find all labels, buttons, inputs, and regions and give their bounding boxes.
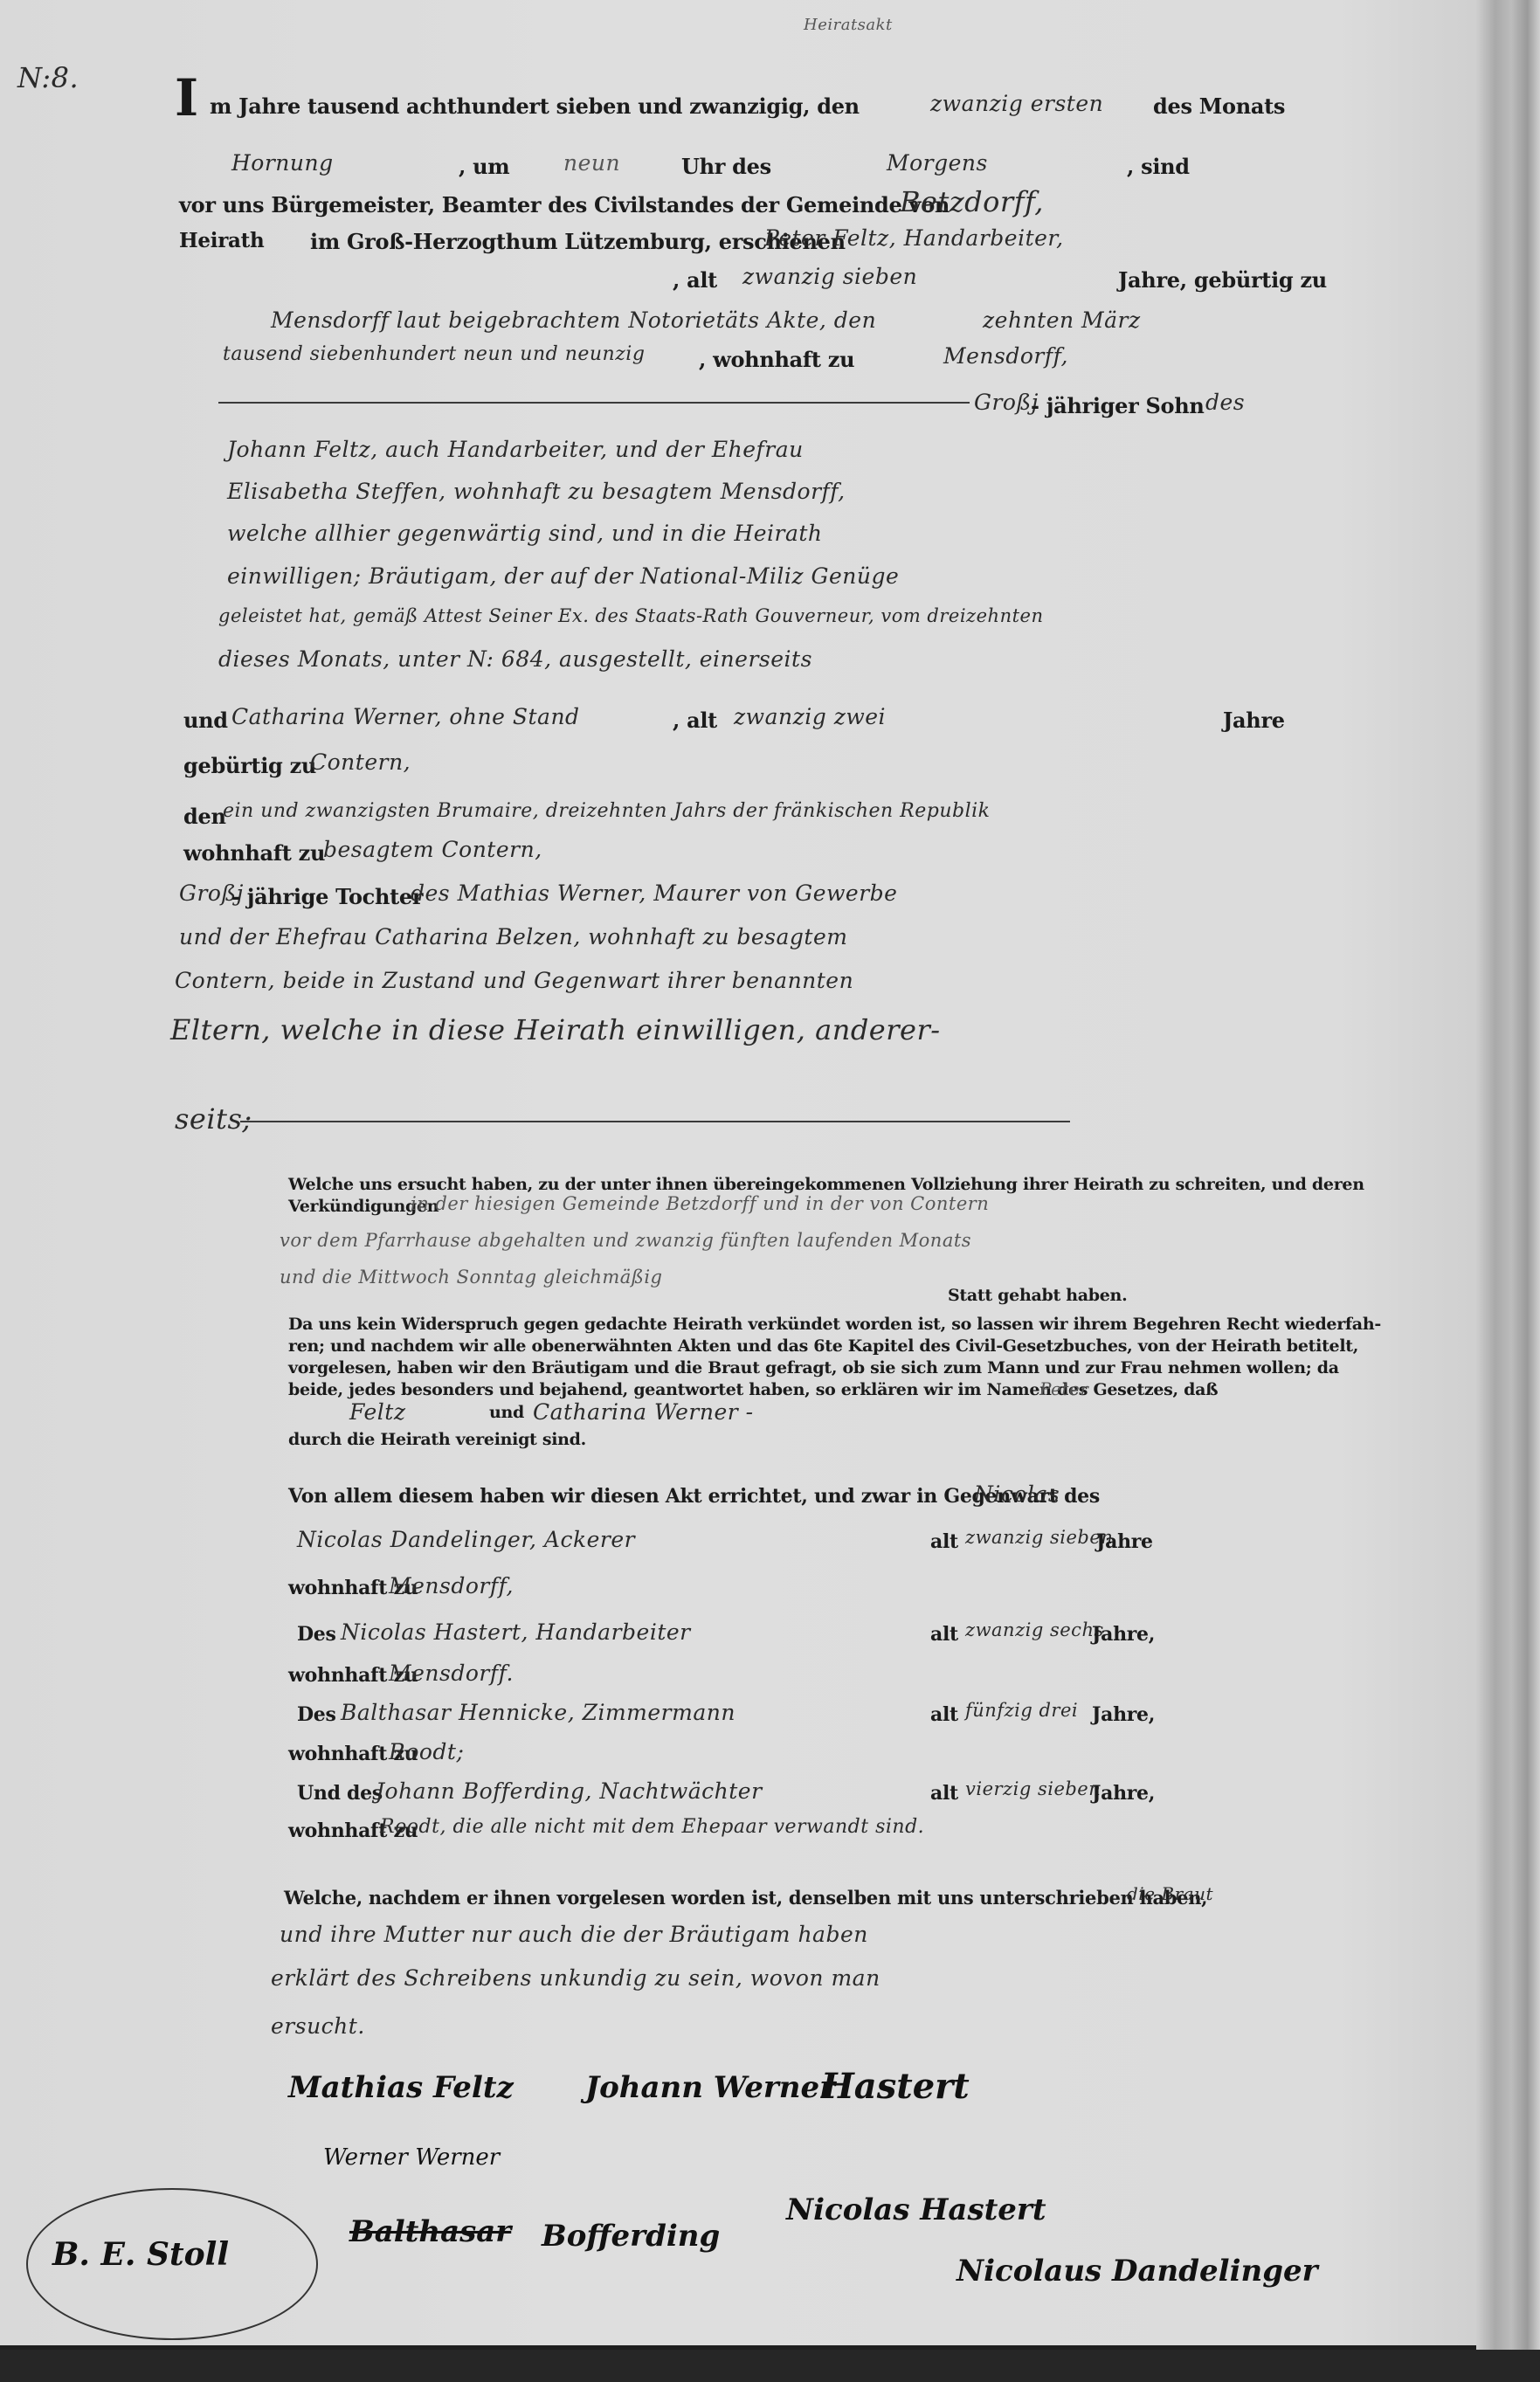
signature-6: Balthasar: [349, 2214, 511, 2249]
witness-1-residence: Mensdorff,: [389, 1573, 514, 1598]
groom-status: - jähriger Sohn: [1031, 393, 1205, 418]
proclamation-end: Statt gehabt haben.: [948, 1286, 1127, 1305]
signature-3: Hastert: [821, 2066, 970, 2107]
witness-3-age: fünfzig drei: [965, 1700, 1078, 1721]
header-commune: Betzdorff,: [900, 185, 1044, 218]
proclamation-hand-2: vor dem Pfarrhause abgehalten und zwanzi…: [280, 1230, 971, 1251]
header-line5-a: , alt: [673, 267, 717, 293]
witness-1-years: Jahre: [1096, 1530, 1153, 1553]
bride-name: Catharina Werner, ohne Stand: [231, 704, 580, 729]
groom-residence: Mensdorff,: [943, 343, 1068, 369]
header-day: zwanzig ersten: [930, 91, 1103, 116]
bride-parents-4: Eltern, welche in diese Heirath einwilli…: [170, 1013, 941, 1046]
witness-4-name: Johann Bofferding, Nachtwächter: [376, 1778, 763, 1804]
groom-status-hand: Großj: [974, 390, 1039, 415]
declaration-end: durch die Heirath vereinigt sind.: [288, 1430, 586, 1449]
groom-parents-6: dieses Monats, unter N: 684, ausgestellt…: [218, 646, 812, 672]
bride-birthdate: ein und zwanzigsten Brumaire, dreizehnte…: [223, 800, 991, 822]
witness-2-alt: alt: [930, 1623, 958, 1646]
bride-und: und: [183, 708, 228, 733]
header-line1-a: m Jahre tausend achthundert sieben und z…: [210, 93, 860, 119]
groom-parents-3: welche allhier gegenwärtig sind, und in …: [227, 521, 823, 546]
header-line3: vor uns Bürgemeister, Beamter des Civils…: [179, 192, 950, 217]
bride-status: - jährige Tochter: [231, 884, 423, 909]
witness-4-age: vierzig sieben: [965, 1778, 1101, 1799]
declaration-bride: Catharina Werner -: [533, 1399, 754, 1425]
signature-7: Bofferding: [542, 2219, 720, 2254]
groom-parents-4: einwilligen; Bräutigam, der auf der Nati…: [227, 563, 899, 589]
bride-birthdate-label: den: [183, 804, 226, 829]
witness-4-residence: Roodt, die alle nicht mit dem Ehepaar ve…: [380, 1816, 924, 1838]
witness-2-residence: Mensdorff.: [389, 1660, 514, 1686]
closing-hand-3: erklärt des Schreibens unkundig zu sein,…: [271, 1965, 880, 1991]
header-hour: neun: [563, 150, 620, 176]
bride-parents-3: Contern, beide in Zustand und Gegenwart …: [175, 968, 853, 993]
groom-residence-label: , wohnhaft zu: [699, 347, 854, 372]
witness-2-years: Jahre,: [1092, 1623, 1155, 1646]
signature-4: Werner Werner: [323, 2144, 500, 2171]
bride-age: zwanzig zwei: [734, 704, 886, 729]
proclamation-text: Welche uns ersucht haben, zu der unter i…: [288, 1175, 1364, 1194]
witness-3-alt: alt: [930, 1703, 958, 1726]
declaration-und: und: [489, 1403, 524, 1422]
bride-alt: , alt: [673, 708, 717, 733]
witness-3-residence: Roodt;: [389, 1739, 464, 1764]
fill-line: [218, 402, 970, 404]
dropcap: I: [175, 68, 198, 128]
groom-birthdate: zehnten März: [983, 307, 1141, 333]
groom-status-des: des: [1205, 390, 1245, 415]
closing-text: Welche, nachdem er ihnen vorgelesen word…: [284, 1887, 1207, 1909]
witness-3-years: Jahre,: [1092, 1703, 1155, 1726]
book-gutter: [1476, 0, 1540, 2350]
bride-parents-2: und der Ehefrau Catharina Belzen, wohnha…: [179, 924, 847, 949]
proclamation-hand-1: in der hiesigen Gemeinde Betzdorff und i…: [411, 1193, 989, 1214]
witness-2-age: zwanzig sechs: [965, 1619, 1104, 1640]
header-line2-b: Uhr des: [681, 154, 771, 179]
proclamation-hand-3: und die Mittwoch Sonntag gleichmäßig: [280, 1267, 662, 1288]
signature-8: Nicolaus Dandelinger: [956, 2254, 1318, 2289]
closing-hand-2: und ihre Mutter nur auch die der Bräutig…: [280, 1922, 868, 1947]
declaration-line-3: vorgelesen, haben wir den Bräutigam und …: [288, 1358, 1339, 1377]
bride-residence-label: wohnhaft zu: [183, 840, 325, 866]
declaration-line-2: ren; und nachdem wir alle obenerwähnten …: [288, 1336, 1358, 1356]
declaration-line-1: Da uns kein Widerspruch gegen gedachte H…: [288, 1315, 1381, 1334]
groom-name: Peter Feltz, Handarbeiter,: [764, 225, 1064, 251]
top-note: Heiratsakt: [804, 16, 893, 34]
closing-hand-1: die Braut: [1127, 1883, 1213, 1904]
signature-mayor: B. E. Stoll: [52, 2236, 229, 2273]
fill-line: [240, 1121, 1070, 1122]
header-month: Hornung: [231, 150, 334, 176]
bride-jahre: Jahre: [1223, 708, 1285, 733]
header-line1-b: des Monats: [1153, 93, 1285, 119]
signature-2: Johann Werner: [585, 2070, 835, 2105]
groom-parents-2: Elisabetha Steffen, wohnhaft zu besagtem…: [227, 479, 846, 504]
groom-parents-1: Johann Feltz, auch Handarbeiter, und der…: [227, 437, 804, 462]
scan-border: [0, 2350, 1540, 2382]
signature-5: Nicolas Hastert: [786, 2192, 1046, 2227]
bride-residence: besagtem Contern,: [323, 837, 542, 862]
witness-3-name: Balthasar Hennicke, Zimmermann: [341, 1700, 735, 1725]
header-time: Morgens: [887, 150, 988, 176]
witness-1-age: zwanzig sieben: [965, 1527, 1113, 1548]
record-number: N:8.: [17, 61, 79, 94]
header-line2-c: , sind: [1127, 154, 1190, 179]
header-line5-b: Jahre, gebürtig zu: [1118, 267, 1327, 293]
header-line2-a: , um: [459, 154, 509, 179]
witness-4-prefix: Und des: [297, 1782, 383, 1805]
witness-2-name: Nicolas Hastert, Handarbeiter: [341, 1619, 691, 1645]
bride-parents-5: seits;: [175, 1102, 252, 1136]
signature-1: Mathias Feltz: [288, 2070, 514, 2105]
bride-parents-1: des Mathias Werner, Maurer von Gewerbe: [411, 880, 897, 906]
witness-1-alt: alt: [930, 1530, 958, 1553]
witness-4-years: Jahre,: [1092, 1782, 1155, 1805]
witness-1-name: Nicolas Dandelinger, Ackerer: [297, 1527, 635, 1552]
witness-1-first: Nicolas: [974, 1481, 1060, 1507]
declaration-groom: Feltz: [349, 1399, 406, 1425]
closing-hand-4: ersucht.: [271, 2013, 365, 2039]
groom-parents-5: geleistet hat, gemäß Attest Seiner Ex. d…: [218, 605, 1043, 626]
declaration-groom-first: Peter: [1039, 1378, 1088, 1399]
bride-birthplace-label: gebürtig zu: [183, 753, 316, 778]
groom-birthplace: Mensdorff laut beigebrachtem Notorietäts…: [271, 307, 876, 333]
groom-birthyear: tausend siebenhundert neun und neunzig: [223, 343, 645, 365]
witness-4-alt: alt: [930, 1782, 958, 1805]
witness-3-prefix: Des: [297, 1703, 336, 1726]
witness-2-prefix: Des: [297, 1623, 336, 1646]
margin-label: Heirath: [179, 229, 264, 252]
groom-age: zwanzig sieben: [742, 264, 917, 289]
bride-birthplace: Contern,: [310, 749, 411, 775]
